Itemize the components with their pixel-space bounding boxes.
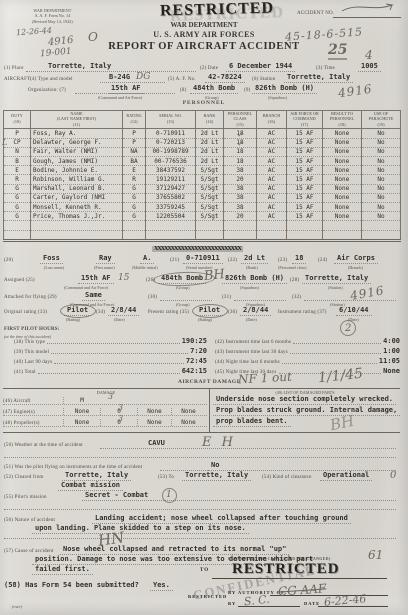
personnel-table-row <box>4 230 401 240</box>
personnel-table-body: PFoss, Ray A.P0-7109112d Lt18AC15 AFNone… <box>4 129 401 240</box>
pencil-oval-present-rating <box>192 304 228 318</box>
damage-row-aircraft: (46) Aircraft M <box>3 397 207 405</box>
clearance-value: Operational <box>320 471 372 481</box>
organization-label: Organization: (7) <box>28 88 66 93</box>
damage-row-engines: (47) Engine(s) None 0 None None <box>3 408 207 416</box>
cause-line3: failed first. <box>32 565 93 575</box>
num36: (36) <box>228 310 237 315</box>
hours-row: (41) Total642:15 <box>14 367 207 375</box>
hours-value: 642:15 <box>182 367 207 375</box>
pilot-serial: 0-710911 <box>183 254 223 264</box>
personnel-table-row: GCarter, Gaylord (NMIG37655802S/Sgt38AC1… <box>4 193 401 202</box>
handwritten-assigned-mark: 15 <box>118 273 129 283</box>
damage-cell: None <box>63 408 100 415</box>
hours-label: (40) Last 90 days <box>14 360 52 365</box>
handwritten-code2: 19-001 <box>40 47 72 60</box>
pencil-squiggle-mark <box>340 2 398 14</box>
damage-row-propellers: (48) Propeller(s) None 0 None None <box>3 419 207 427</box>
damaged-parts-line3: prop blades bent. <box>213 417 291 427</box>
hours-label: (38) This type <box>14 340 45 345</box>
handwritten-m3b: 3 <box>118 403 123 412</box>
pencil-circle-mission-mark <box>162 488 177 503</box>
handwritten-table-mark: L <box>2 138 7 147</box>
hours-label: (42) Instrument time last 6 months <box>215 340 291 345</box>
nature-line2: upon landing. Plane skidded to a step on… <box>32 524 249 534</box>
place-label: (1) Place <box>4 66 24 71</box>
personnel-column-header: Air Force orCommand(17) <box>287 111 323 129</box>
hours-row: (40) Last 90 days72:45 <box>14 357 207 365</box>
personnel-column-header: Rating(12) <box>123 111 146 129</box>
orig-date-sublabel: (Date) <box>114 317 125 322</box>
assigned-label: Assigned (25) <box>4 278 35 283</box>
handwritten-org-mark: BH <box>203 267 225 284</box>
handwritten-org-code: 4916 <box>337 82 373 101</box>
handwritten-check1: ✓ <box>237 131 243 139</box>
cleared-to-value: Torrette, Italy <box>182 471 251 481</box>
hours-value: 72:45 <box>186 357 207 365</box>
aircraft-section-label: Aircraft: <box>4 77 32 82</box>
pilot-last-name: Foss <box>40 254 63 264</box>
squadron-num: (9) <box>244 88 250 93</box>
assigned-airforce: 15th AF <box>78 274 114 284</box>
cleared-to-label: (53) To <box>158 475 174 480</box>
personnel-table-row: EBodine, Johnnie E.E38437592S/Sgt38AC15 … <box>4 166 401 175</box>
form-box-line2: A. A. F. Form No. 14 <box>32 13 73 18</box>
cause-label: (57) Cause of accident <box>4 549 54 554</box>
hours-label: (44) Night time last 6 months <box>215 360 280 365</box>
personnel-table-row: GPrice, Thomas J.,Jr.G12205504S/Sgt20AC1… <box>4 212 401 221</box>
handwritten-m3a: 3 <box>108 392 113 401</box>
attached-group-sublabel: (Group) <box>176 302 190 307</box>
personnel-table-row: GMarshall, Leonard B.G37129427S/Sgt38AC1… <box>4 184 401 193</box>
over-note: (over) <box>12 604 22 609</box>
handwritten-check2: ✓ <box>237 140 243 148</box>
personnel-table-row: NFair, Walter (NMI)NA00-19987892d Lt18AC… <box>4 147 401 156</box>
orig-rating-label: Original rating (33) <box>4 310 47 315</box>
attached-num31: (31) <box>222 295 231 300</box>
personnel-column-header: Branch(16) <box>257 111 287 129</box>
present-date-sublabel: (Date) <box>246 317 257 322</box>
cleared-from-label: (52) Cleared from <box>4 475 44 480</box>
personnel-column-header: PersonnelClass(15) <box>224 111 257 129</box>
orig-rating-date: 2/8/44 <box>108 306 139 316</box>
scanned-accident-report: WAR DEPARTMENT A. A. F. Form No. 14 (Rev… <box>0 0 408 615</box>
station-value: Torrette, Italy <box>284 73 353 83</box>
damage-cell: M <box>63 397 100 404</box>
assigned-squadron-sublabel: (Squadron) <box>240 285 259 290</box>
damaged-parts-line1: Underside nose section completely wrecke… <box>213 395 396 405</box>
damage-row-label: (48) Propeller(s) <box>3 421 63 426</box>
handwritten-num4: 4 <box>365 48 373 62</box>
handwritten-weather-mark: E H <box>202 435 236 450</box>
damage-cell: None <box>63 419 100 426</box>
attached-num32: (32) <box>292 295 301 300</box>
hours-value: 190:25 <box>182 337 207 345</box>
pilot-num24: (24) <box>318 258 327 263</box>
struck-out-section-header: XXXXXXXXXXXXXXXXXXXXXXXXXX <box>152 246 243 252</box>
damage-cell: None <box>137 419 171 426</box>
attached-num30: (30) <box>148 295 157 300</box>
nature-label: (56) Nature of accident <box>4 518 55 523</box>
hours-row: (44) Night time last 6 months11:05 <box>215 357 400 365</box>
form54-value: Yes. <box>150 581 173 591</box>
group-value: 484th Bomb <box>190 84 238 94</box>
nature-line1: Landing accident; nose wheel collapsed a… <box>92 514 351 524</box>
handwritten-clearance-mark: 0 <box>390 470 396 481</box>
attached-value: Same <box>82 291 105 301</box>
type-label: (4) Type and model <box>30 77 73 82</box>
present-rating-date: 2/8/44 <box>240 306 271 316</box>
pilot-num21: (21) <box>170 258 179 263</box>
restricted-stamp-top: RESTRICTED <box>160 0 274 20</box>
hours-row: (38) This type190:25 <box>14 337 207 345</box>
assigned-station-sublabel: (Station) <box>328 285 343 290</box>
num34: (34) <box>96 310 105 315</box>
personnel-table-row <box>4 221 401 230</box>
personnel-column-header: NAME(Last name first)(11) <box>31 111 123 129</box>
handwritten-authority-sig: CG AAF <box>278 581 327 598</box>
clearance-line2: Combat mission <box>58 481 123 491</box>
hours-label: (43) Instrument time last 30 days <box>215 350 288 355</box>
handwritten-damage-date: 1/1/45 <box>317 366 363 387</box>
personnel-section-title: PERSONNEL <box>0 100 408 106</box>
pencil-circle-hours-mark <box>340 320 356 336</box>
hours-value: None <box>383 367 400 375</box>
afno-value: 42-78224 <box>205 73 245 83</box>
accident-no-label: Accident No. <box>297 11 334 16</box>
hours-value: 1:00 <box>383 347 400 355</box>
pilot-branch: Air Corps <box>334 254 378 264</box>
damage-table-top-border <box>3 388 400 389</box>
personnel-table-row: CPDelawter, George F.P0-7202132d Lt18AC1… <box>4 138 401 147</box>
stamp-restricted-small: RESTRICTED <box>188 594 227 599</box>
personnel-table-row: BGough, James (NMI)BA00-7765362d Lt18AC1… <box>4 157 401 166</box>
personnel-column-header: Duty(10) <box>4 111 31 129</box>
assigned-airforce-sublabel: (Command and Air Force) <box>64 285 108 290</box>
personnel-column-header: Use ofParachute(19) <box>362 111 401 129</box>
instruments-label: (51) Was the pilot flying on instruments… <box>4 465 142 470</box>
hours-row: (42) Instrument time last 6 months4:00 <box>215 337 400 345</box>
pilot-rank: 2d Lt <box>241 254 268 264</box>
form54-label: (58) Has Form 54 been submitted? <box>4 581 139 589</box>
personnel-header-row: Duty(10)NAME(Last name first)(11)Rating(… <box>4 111 401 129</box>
instr-rating-label: Instrument rating (37) <box>278 310 327 315</box>
pilot-num20: (20) <box>4 258 13 263</box>
handwritten-stamp-num: 61 <box>368 548 383 562</box>
mission-value: Secret - Combat <box>82 491 151 501</box>
damage-cell: None <box>137 408 171 415</box>
time-value: 1005 <box>358 62 381 72</box>
hours-label: (39) This model <box>14 350 49 355</box>
handwritten-model-note: DG <box>136 72 150 82</box>
pencil-oval-orig-rating <box>60 304 96 318</box>
personnel-column-header: Result toPersonnel(18) <box>323 111 362 129</box>
damage-row-label: (47) Engine(s) <box>3 410 63 415</box>
personnel-column-header: Rank(14) <box>196 111 224 129</box>
personnel-column-header: Serial No.(13) <box>146 111 196 129</box>
instr-rating-date: 6/10/44 <box>336 306 372 316</box>
pilot-last-sublabel: (Last name) <box>44 265 64 270</box>
damage-cell: None <box>171 408 205 415</box>
hours-label: (41) Total <box>14 370 36 375</box>
handwritten-sheet-number: 25 <box>328 42 347 60</box>
pilot-middle-initial: A. <box>140 254 154 264</box>
hours-value: 11:05 <box>379 357 400 365</box>
accident-no-blank <box>333 17 401 18</box>
personnel-table-row: GMonsell, Kenneth R.G33759245S/Sgt38AC15… <box>4 202 401 211</box>
personnel-table-row: RRobinson, William G.R19129211S/Sgt20AC1… <box>4 175 401 184</box>
assigned-station: Torrette, Italy <box>302 274 371 284</box>
hours-title: First Pilot Hours: <box>4 327 60 332</box>
time-label: (3) Time <box>316 66 335 71</box>
handwritten-parts-scrawl: BH <box>328 412 355 435</box>
hours-value: 7:20 <box>190 347 207 355</box>
afno-label: (5) A. F. No. <box>168 77 196 82</box>
assigned-num28: (28) <box>290 278 299 283</box>
cleared-from-value: Torrette, Italy <box>62 471 131 481</box>
pilot-first-name: Ray <box>96 254 115 264</box>
stamp-to-label: TO <box>200 568 209 573</box>
hours-value: 4:00 <box>383 337 400 345</box>
pilot-class: 18 <box>292 254 306 264</box>
pilot-branch-sublabel: (Branch) <box>348 265 363 270</box>
damaged-parts-line2: Prop blades struck ground. Internal dama… <box>213 406 400 416</box>
pilot-rank-sublabel: (Rank) <box>246 265 258 270</box>
handwritten-damage-note: NF 1 out <box>238 370 293 387</box>
pilot-mi-sublabel: (Middle initial) <box>132 265 158 270</box>
hours-row: (39) This model7:20 <box>14 347 207 355</box>
present-rating-label: Present rating (35) <box>148 310 189 315</box>
hours-row: (43) Instrument time last 30 days1:00 <box>215 347 400 355</box>
damage-header: AIRCRAFT DAMAGE <box>178 379 241 385</box>
stamp-by-label: BY <box>228 601 236 606</box>
damage-row-label: (46) Aircraft <box>3 399 63 404</box>
attached-label: Attached for flying (29) <box>4 295 57 300</box>
squadron-value: 826th Bomb (H) <box>252 84 317 94</box>
damage-cell: None <box>171 419 205 426</box>
handwritten-m3c: 3 <box>118 414 123 423</box>
date-value: 6 December 1944 <box>226 62 295 72</box>
pilot-class-sublabel: (Personnel class) <box>278 265 307 270</box>
date-label: (2) Date <box>200 66 218 71</box>
group-num: (8) <box>180 88 186 93</box>
weather-label: (50) Weather at the time of accident <box>4 443 83 448</box>
handwritten-nature-mark: HN <box>97 528 125 549</box>
clearance-label: (54) Kind of clearance <box>262 475 312 480</box>
handwritten-by-sig: S. C. <box>243 593 270 609</box>
pilot-num23: (23) <box>278 258 287 263</box>
mission-label: (55) Pilot's mission <box>4 495 47 500</box>
damage-group-label: Damage <box>3 390 209 395</box>
cause-line1: Nose wheel collapsed and retracted to it… <box>60 545 289 555</box>
pilot-first-sublabel: (First name) <box>94 265 115 270</box>
handwritten-circle-o: O <box>88 30 98 44</box>
personnel-table: Duty(10)NAME(Last name first)(11)Rating(… <box>3 110 401 242</box>
personnel-table-row: PFoss, Ray A.P0-7109112d Lt18AC15 AFNone… <box>4 129 401 138</box>
pilot-num22: (22) <box>228 258 237 263</box>
station-label: (6) Station <box>252 77 275 82</box>
assigned-squadron: 826th Bomb (H) <box>222 274 287 284</box>
